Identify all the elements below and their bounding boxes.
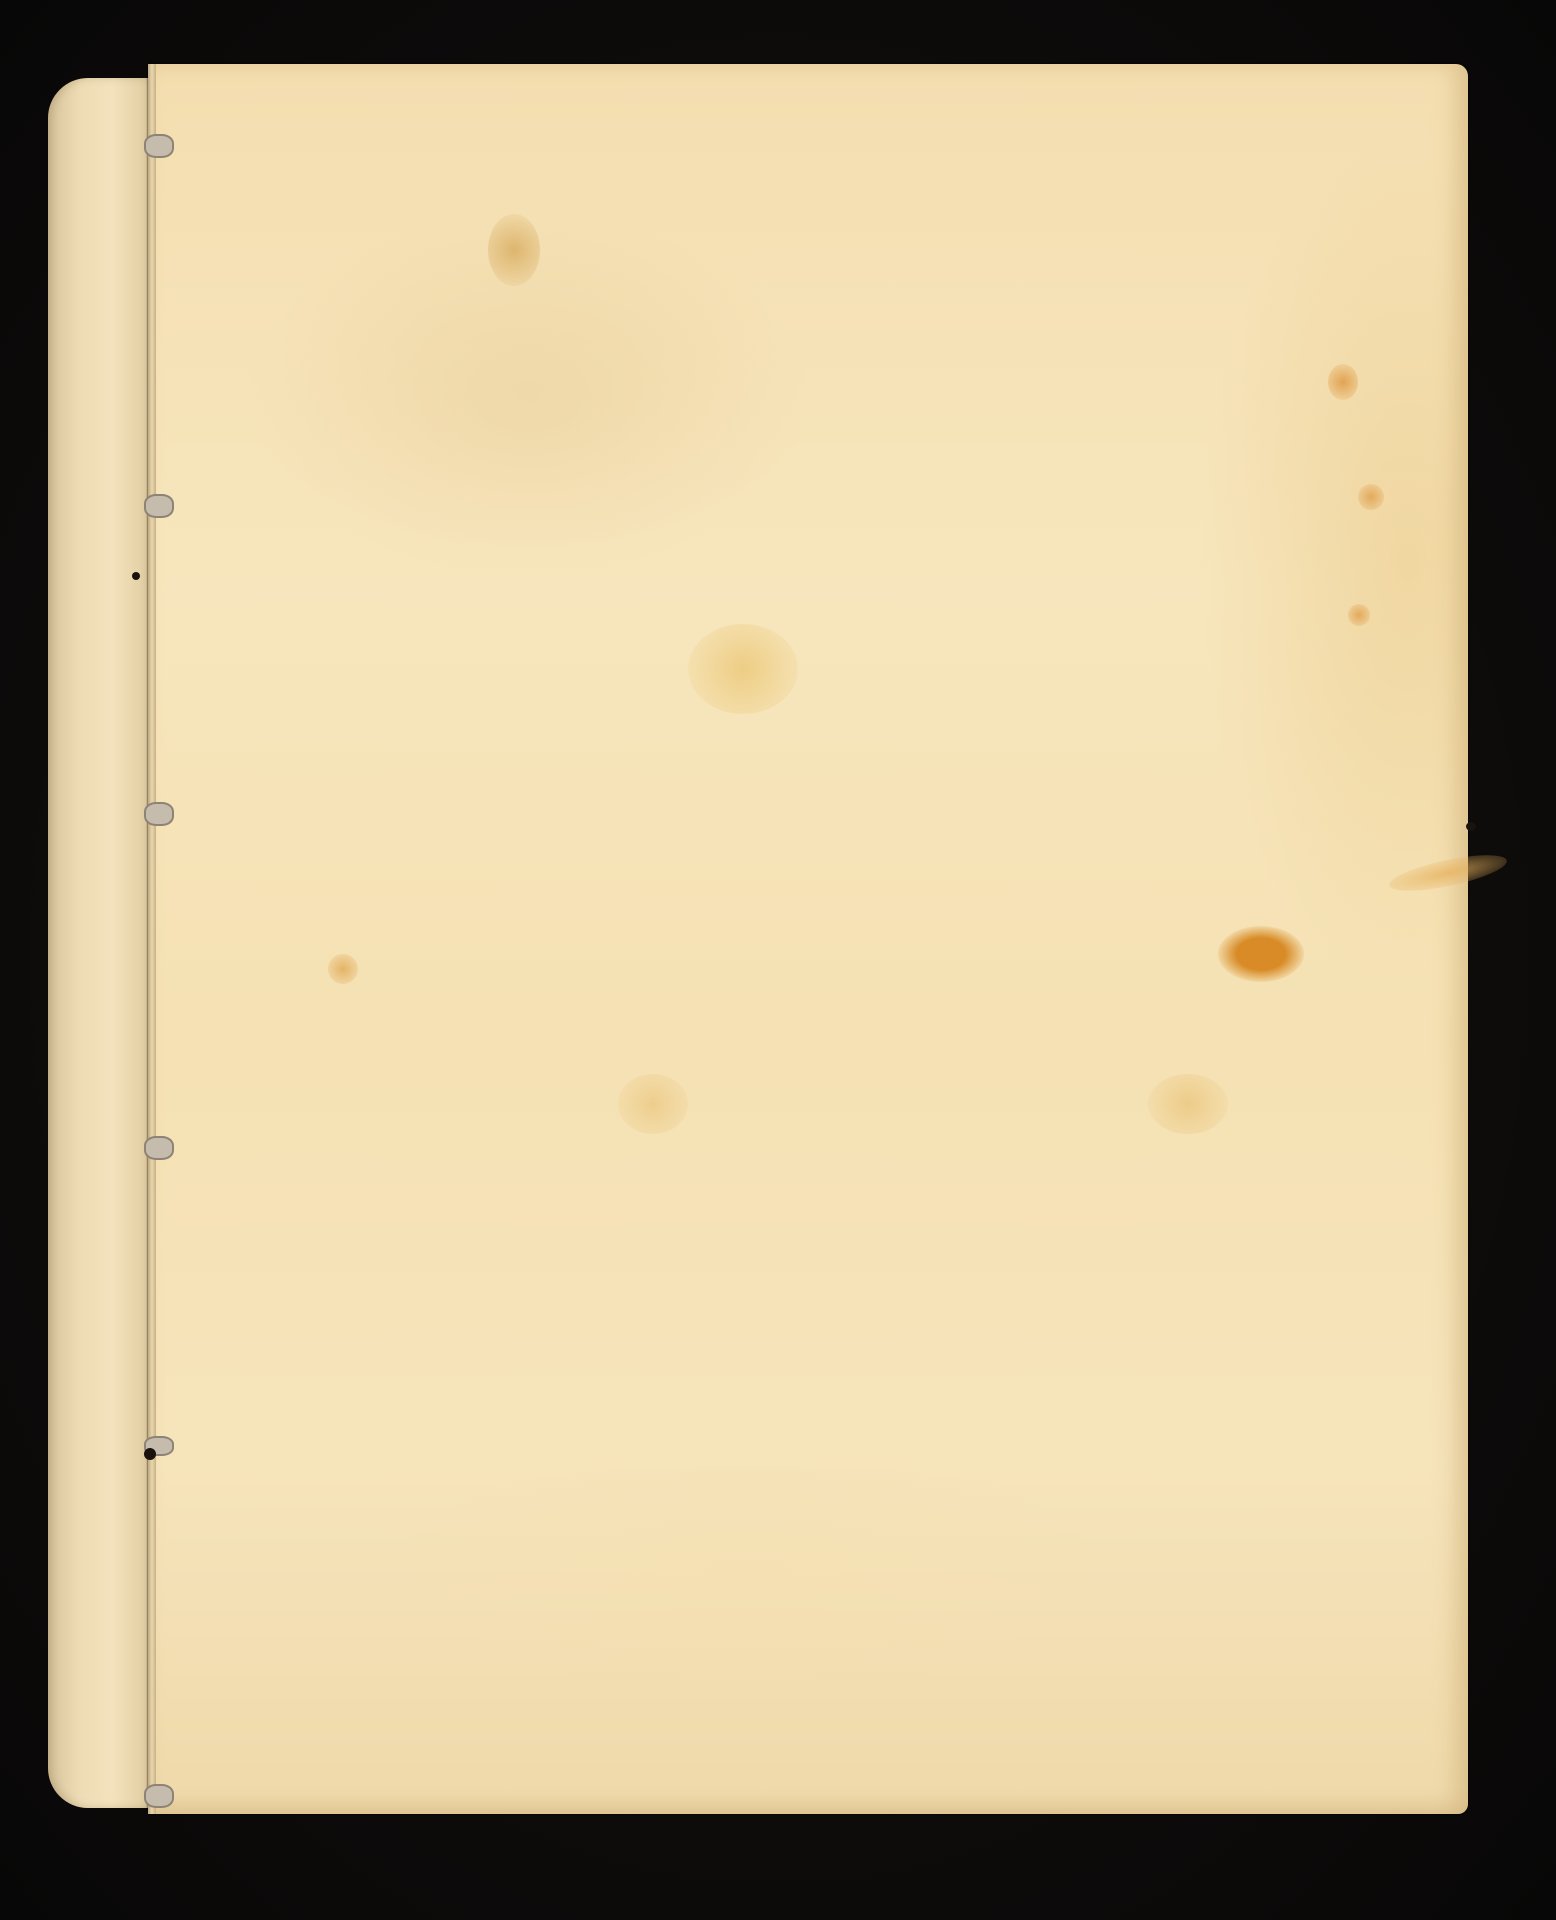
hole-right xyxy=(1466,822,1476,831)
stain-small-2 xyxy=(1358,484,1384,510)
spine-joint xyxy=(148,64,156,1814)
stain-upper-left xyxy=(488,214,540,286)
book-spine xyxy=(48,78,156,1808)
sewing-thong xyxy=(144,494,174,518)
stain-rust-right-center xyxy=(1218,926,1304,982)
stain-small-5 xyxy=(618,1074,688,1134)
vellum-book xyxy=(48,64,1476,1814)
hole-spine xyxy=(132,572,140,580)
sewing-thong xyxy=(144,1136,174,1160)
sewing-thong xyxy=(144,1784,174,1808)
front-cover xyxy=(148,64,1468,1814)
stain-small-3 xyxy=(1348,604,1370,626)
stain-small-4 xyxy=(1148,1074,1228,1134)
stain-small-1 xyxy=(1328,364,1358,400)
hole-spine xyxy=(144,1448,156,1460)
sewing-thong xyxy=(144,802,174,826)
stain-small-6 xyxy=(328,954,358,984)
stain-water-center xyxy=(688,624,798,714)
sewing-thong xyxy=(144,134,174,158)
